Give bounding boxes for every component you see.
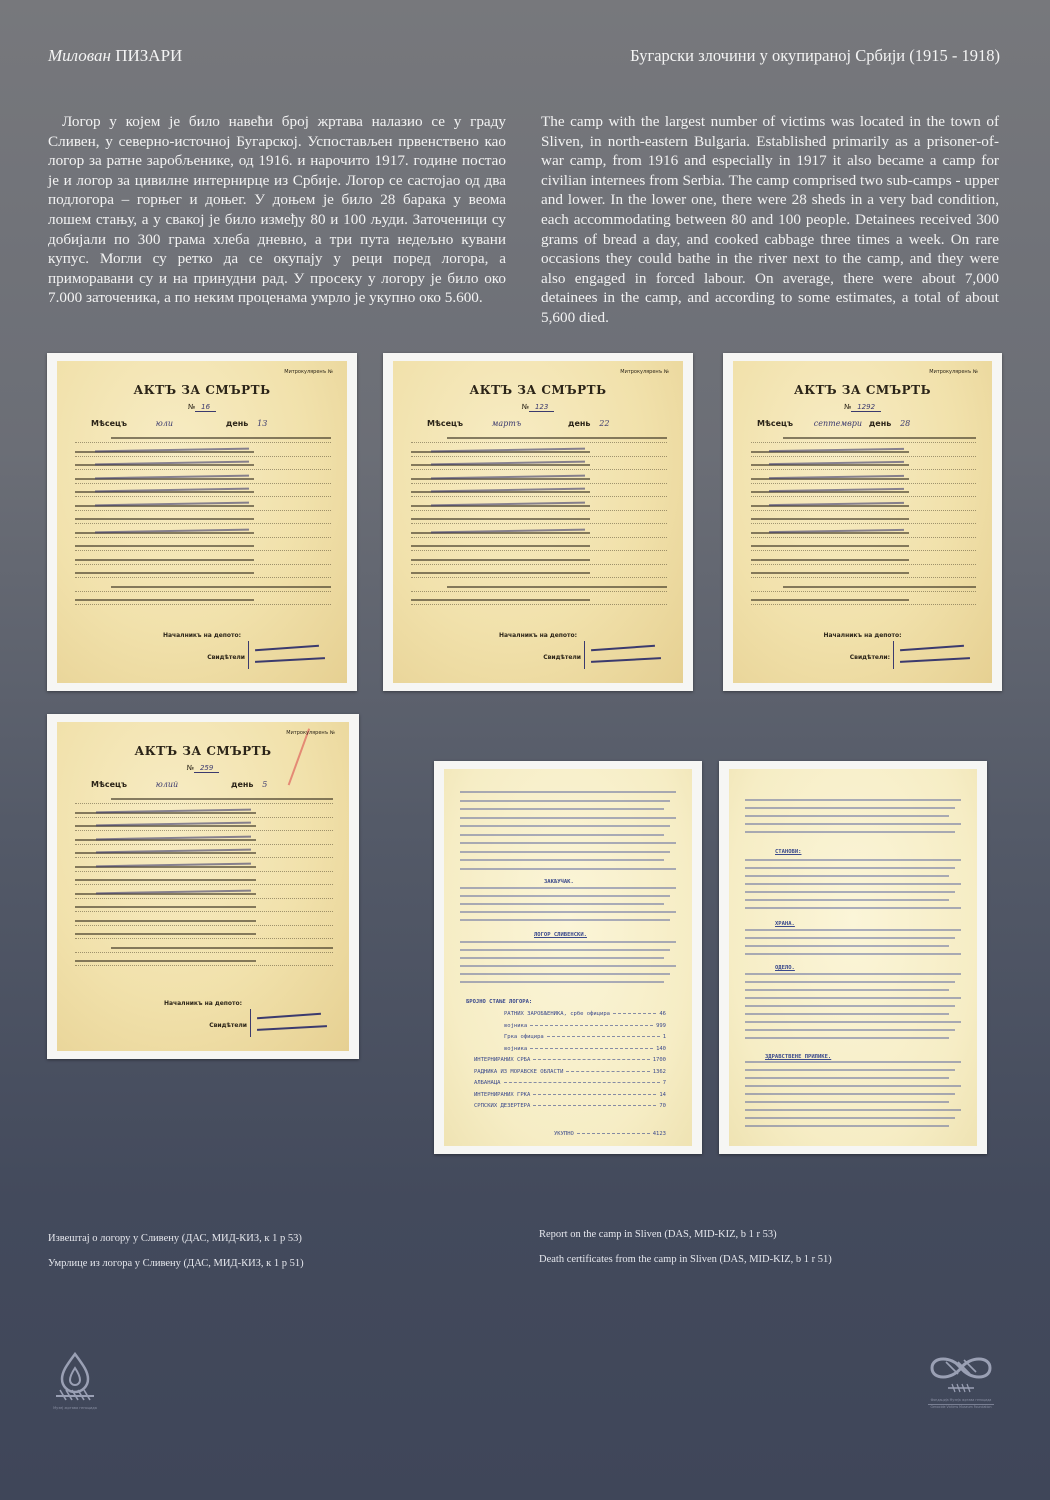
typed-line xyxy=(745,1125,949,1127)
certificate-paper: Митрокуляренъ № АКТЪ ЗА СМЪРТЬ №123 Мѣсе… xyxy=(393,361,683,683)
report-page-1: ЗАКЉУЧАК. ЛОГОР СЛИВЕНСКИ. БРОЈНО СТАЊЕ … xyxy=(434,761,702,1154)
day-label: день xyxy=(231,780,253,789)
typed-line xyxy=(460,825,670,827)
certificate-body-lines xyxy=(751,439,976,615)
report-row-value: 4123 xyxy=(653,1131,666,1137)
typed-line xyxy=(460,887,676,889)
chief-label: Началникъ на депото: xyxy=(393,632,683,639)
signature xyxy=(893,641,974,669)
report-row-label: војника xyxy=(504,1023,527,1029)
typed-line xyxy=(745,883,961,885)
caption-death-sr: Умрлице из логора у Сливену (ДАС, МИД-КИ… xyxy=(48,1258,304,1269)
typed-line xyxy=(460,903,664,905)
typed-line xyxy=(745,891,955,893)
typed-line xyxy=(745,1013,949,1015)
typed-line xyxy=(745,899,949,901)
caption-report-en: Report on the camp in Sliven (DAS, MID-K… xyxy=(539,1229,777,1240)
page-title: Бугарски злочини у окупираној Србији (19… xyxy=(630,46,1000,66)
death-certificate-photo-2: Митрокуляренъ № АКТЪ ЗА СМЪРТЬ №123 Мѣсе… xyxy=(383,353,693,691)
report-row-value: 7 xyxy=(663,1080,666,1086)
certificate-paper: Митрокуляренъ № АКТЪ ЗА СМЪРТЬ №1292 Мѣс… xyxy=(733,361,992,683)
report-table-row: војника999 xyxy=(504,1023,666,1029)
month-label: Мѣсецъ xyxy=(91,780,127,789)
report-row-label: АЛБАНАЦА xyxy=(474,1080,501,1086)
typed-line xyxy=(745,815,949,817)
report-row-value: 140 xyxy=(656,1046,666,1052)
witness-label: Свидѣтели xyxy=(543,654,581,661)
certificate-number: №123 xyxy=(393,403,683,411)
report-paper: ЗАКЉУЧАК. ЛОГОР СЛИВЕНСКИ. БРОЈНО СТАЊЕ … xyxy=(444,769,692,1146)
month-value: септември xyxy=(814,419,862,428)
author-first-name: Милован xyxy=(48,46,111,65)
number-value: 123 xyxy=(529,403,554,412)
typed-line xyxy=(460,834,664,836)
certificate-date: Мѣсецъ септември день 28 xyxy=(757,419,972,428)
typed-line xyxy=(460,800,670,802)
report-row-value: 1362 xyxy=(653,1069,666,1075)
register-label: Митрокуляренъ № xyxy=(929,369,978,375)
typed-line xyxy=(460,791,676,793)
month-value: юлий xyxy=(156,780,178,789)
typed-line xyxy=(460,842,676,844)
typed-line xyxy=(745,981,955,983)
report-heading: БРОЈНО СТАЊЕ ЛОГОРА: xyxy=(466,999,532,1005)
caption-death-en: Death certificates from the camp in Sliv… xyxy=(539,1254,832,1265)
day-label: день xyxy=(226,419,248,428)
report-table-row: СРПСКИХ ДЕЗЕРТЕРА70 xyxy=(474,1103,666,1109)
month-value: мартъ xyxy=(492,419,521,428)
typed-line xyxy=(745,997,961,999)
day-value: 5 xyxy=(262,780,267,789)
typed-line xyxy=(745,953,961,955)
typed-line xyxy=(460,949,670,951)
signature xyxy=(248,641,329,669)
death-certificate-photo-4: Митрокуляренъ № АКТЪ ЗА СМЪРТЬ №259 Мѣсе… xyxy=(47,714,359,1059)
report-table-row: АЛБАНАЦА7 xyxy=(474,1080,666,1086)
register-label: Митрокуляренъ № xyxy=(284,369,333,375)
typed-line xyxy=(745,859,961,861)
chief-label: Началникъ на депото: xyxy=(733,632,992,639)
typed-line xyxy=(460,973,670,975)
typed-line xyxy=(745,807,955,809)
typed-line xyxy=(745,1101,949,1103)
report-table-row: РАТНИХ ЗАРОБЉЕНИКА, србе официра46 xyxy=(504,1011,666,1017)
month-label: Мѣсецъ xyxy=(757,419,793,428)
report-row-label: војника xyxy=(504,1046,527,1052)
day-label: день xyxy=(568,419,590,428)
report-row-value: 999 xyxy=(656,1023,666,1029)
certificate-title: АКТЪ ЗА СМЪРТЬ xyxy=(57,383,347,397)
typed-line xyxy=(745,945,949,947)
witness-label: Свидѣтели xyxy=(207,654,245,661)
number-value: 259 xyxy=(194,764,219,773)
typed-line xyxy=(745,867,955,869)
typed-line xyxy=(745,1061,961,1063)
certificate-title: АКТЪ ЗА СМЪРТЬ xyxy=(57,744,349,758)
report-heading: ЛОГОР СЛИВЕНСКИ. xyxy=(534,932,587,938)
certificate-body-lines xyxy=(75,439,331,615)
death-certificate-photo-3: Митрокуляренъ № АКТЪ ЗА СМЪРТЬ №1292 Мѣс… xyxy=(723,353,1002,691)
report-heading: СТАНОВИ: xyxy=(775,849,802,855)
report-table-row: ИНТЕРНИРАНИХ СРБА1700 xyxy=(474,1057,666,1063)
author-name: Милован ПИЗАРИ xyxy=(48,46,182,66)
month-value: юли xyxy=(156,419,173,428)
museum-logo: Музеј жртава геноцида xyxy=(52,1352,98,1414)
report-row-value: 46 xyxy=(659,1011,666,1017)
typed-line xyxy=(745,1085,961,1087)
foundation-logo-subtitle: Genocide Victims Museum Foundation xyxy=(928,1404,994,1409)
report-table-row: војника140 xyxy=(504,1046,666,1052)
typed-line xyxy=(745,1117,955,1119)
day-value: 22 xyxy=(599,419,609,428)
witness-label: Свидѣтели xyxy=(209,1022,247,1029)
typed-line xyxy=(745,1037,949,1039)
typed-line xyxy=(745,929,961,931)
typed-line xyxy=(460,941,676,943)
report-row-value: 70 xyxy=(659,1103,666,1109)
typed-line xyxy=(745,823,961,825)
report-table-row: Грка официра1 xyxy=(504,1034,666,1040)
author-last-name: ПИЗАРИ xyxy=(115,46,182,65)
typed-line xyxy=(460,817,676,819)
typed-line xyxy=(460,911,676,913)
foundation-logo: Фондација Музеја жртава геноцида Genocid… xyxy=(928,1352,994,1414)
report-heading: ЗАКЉУЧАК. xyxy=(544,879,574,885)
register-label: Митрокуляренъ № xyxy=(620,369,669,375)
certificate-paper: Митрокуляренъ № АКТЪ ЗА СМЪРТЬ №259 Мѣсе… xyxy=(57,722,349,1051)
report-table-row: УКУПНО4123 xyxy=(554,1131,666,1137)
typed-line xyxy=(745,875,949,877)
typed-line xyxy=(460,919,670,921)
certificate-number: №259 xyxy=(57,764,349,772)
typed-line xyxy=(745,1077,949,1079)
infinity-knot-icon xyxy=(928,1352,994,1394)
report-row-value: 14 xyxy=(659,1092,666,1098)
report-row-label: ИНТЕРНИРАНИХ СРБА xyxy=(474,1057,530,1063)
report-row-label: СРПСКИХ ДЕЗЕРТЕРА xyxy=(474,1103,530,1109)
certificate-date: Мѣсецъ юли день 13 xyxy=(91,419,327,428)
report-page-2: СТАНОВИ: ХРАНА. ОДЕЛО. ЗДРАВСТВЕНЕ ПРИЛИ… xyxy=(719,761,987,1154)
number-value: 16 xyxy=(195,403,216,412)
report-row-label: Грка официра xyxy=(504,1034,544,1040)
typed-line xyxy=(745,799,961,801)
typed-line xyxy=(745,973,961,975)
typed-line xyxy=(460,895,670,897)
certificate-body-lines xyxy=(411,439,667,615)
certificate-number: №16 xyxy=(57,403,347,411)
report-heading: ХРАНА. xyxy=(775,921,795,927)
chief-label: Началникъ на депото: xyxy=(57,632,347,639)
report-row-value: 1 xyxy=(663,1034,666,1040)
report-row-label: УКУПНО xyxy=(554,1131,574,1137)
caption-report-sr: Извештај о логору у Сливену (ДАС, МИД-КИ… xyxy=(48,1233,302,1244)
report-heading: ЗДРАВСТВЕНЕ ПРИЛИКЕ. xyxy=(765,1054,831,1060)
chief-label: Началникъ на депото: xyxy=(57,1000,349,1007)
signature xyxy=(250,1009,331,1037)
flame-barbed-wire-icon xyxy=(52,1352,98,1402)
report-paper: СТАНОВИ: ХРАНА. ОДЕЛО. ЗДРАВСТВЕНЕ ПРИЛИ… xyxy=(729,769,977,1146)
certificate-number: №1292 xyxy=(733,403,992,411)
typed-line xyxy=(745,1093,955,1095)
typed-line xyxy=(460,851,670,853)
typed-line xyxy=(460,957,664,959)
report-table-row: РАДНИКА ИЗ МОРАВСКЕ ОБЛАСТИ1362 xyxy=(474,1069,666,1075)
body-text-serbian: Логор у којем је било навећи број жртава… xyxy=(48,112,506,308)
certificate-body-lines xyxy=(75,800,333,976)
register-label: Митрокуляренъ № xyxy=(286,730,335,736)
typed-line xyxy=(745,1069,955,1071)
typed-line xyxy=(745,1005,955,1007)
typed-line xyxy=(460,981,664,983)
typed-line xyxy=(460,965,676,967)
typed-line xyxy=(460,859,664,861)
witness-label: Свидѣтели: xyxy=(850,654,890,661)
typed-line xyxy=(745,1029,955,1031)
report-table-row: ИНТЕРНИРАНИХ ГРКА14 xyxy=(474,1092,666,1098)
report-row-value: 1700 xyxy=(653,1057,666,1063)
report-row-label: ИНТЕРНИРАНИХ ГРКА xyxy=(474,1092,530,1098)
typed-line xyxy=(745,937,955,939)
day-value: 13 xyxy=(257,419,267,428)
certificate-title: АКТЪ ЗА СМЪРТЬ xyxy=(733,383,992,397)
death-certificate-photo-1: Митрокуляренъ № АКТЪ ЗА СМЪРТЬ №16 Мѣсец… xyxy=(47,353,357,691)
report-row-label: РАТНИХ ЗАРОБЉЕНИКА, србе официра xyxy=(504,1011,610,1017)
day-label: день xyxy=(869,419,891,428)
report-row-label: РАДНИКА ИЗ МОРАВСКЕ ОБЛАСТИ xyxy=(474,1069,563,1075)
typed-line xyxy=(745,1021,961,1023)
typed-line xyxy=(745,1109,961,1111)
day-value: 28 xyxy=(900,419,910,428)
number-value: 1292 xyxy=(851,403,881,412)
certificate-title: АКТЪ ЗА СМЪРТЬ xyxy=(393,383,683,397)
certificate-date: Мѣсецъ мартъ день 22 xyxy=(427,419,663,428)
body-text-english: The camp with the largest number of vict… xyxy=(541,112,999,328)
typed-line xyxy=(745,907,961,909)
month-label: Мѣсецъ xyxy=(91,419,127,428)
typed-line xyxy=(460,808,664,810)
signature xyxy=(584,641,665,669)
report-heading: ОДЕЛО. xyxy=(775,965,795,971)
typed-line xyxy=(460,868,676,870)
museum-logo-text: Музеј жртава геноцида xyxy=(52,1406,98,1410)
typed-line xyxy=(745,831,955,833)
certificate-paper: Митрокуляренъ № АКТЪ ЗА СМЪРТЬ №16 Мѣсец… xyxy=(57,361,347,683)
foundation-logo-text: Фондација Музеја жртава геноцида xyxy=(928,1398,994,1402)
certificate-date: Мѣсецъ юлий день 5 xyxy=(91,780,329,789)
typed-line xyxy=(745,989,949,991)
month-label: Мѣсецъ xyxy=(427,419,463,428)
